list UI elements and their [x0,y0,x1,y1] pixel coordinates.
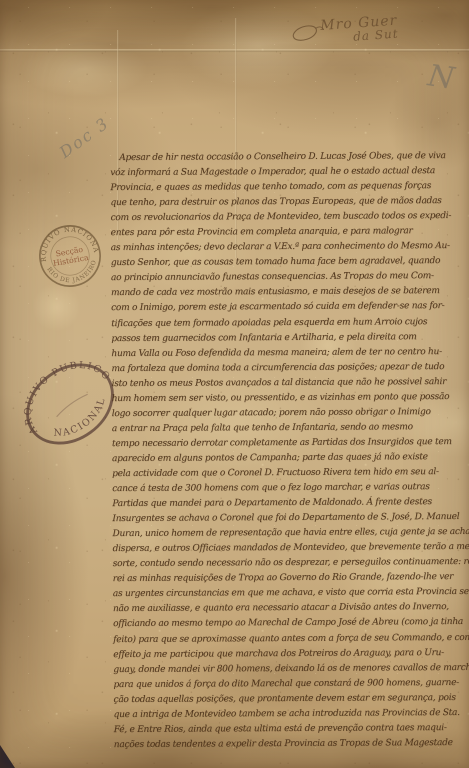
dark-corner-artifact [0,745,15,768]
manuscript-text: Apesar de hir nesta occasião o Conselhei… [110,149,469,753]
pencil-initial-mark: N [426,58,457,96]
svg-text:ARQUIVO PUBLICO: ARQUIVO PUBLICO [6,342,114,437]
pencil-doc-number: Doc 3 [56,113,113,162]
svg-text:NACIONAL: NACIONAL [48,392,115,449]
scanned-manuscript-page: Mro Guer da Sut N Doc 3 ARQUIVO NACIONAL… [0,0,469,768]
annotation-text-line2: da Sut [353,27,399,44]
manuscript-line: nações todas tendentes a expelir desta P… [114,736,469,753]
oval-stamp-rim-text-bottom: NACIONAL [48,392,115,449]
oval-stamp-rim-text-top: ARQUIVO PUBLICO [6,342,114,437]
arquivo-nacional-stamp: ARQUIVO NACIONAL RIO DE JANEIRO Secção H… [33,219,107,293]
